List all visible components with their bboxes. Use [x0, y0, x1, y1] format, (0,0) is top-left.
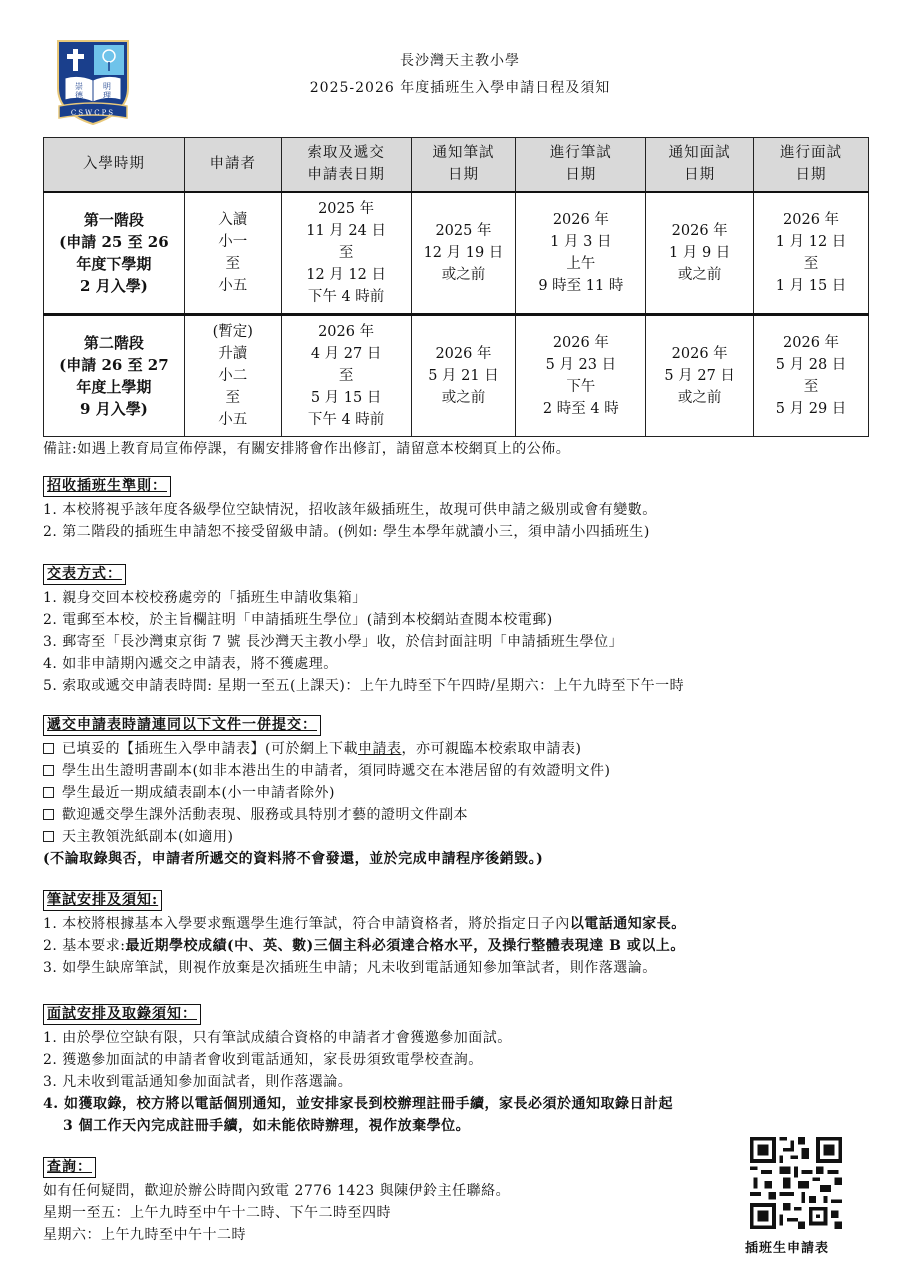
cell-written-exam: 2026 年5 月 23 日下午2 時至 4 時: [516, 315, 646, 437]
cell-written-exam: 2026 年1 月 3 日上午9 時至 11 時: [516, 192, 646, 315]
cell-interview: 2026 年1 月 12 日至1 月 15 日: [754, 192, 869, 315]
checklist-item: 天主教領洗紙副本(如適用): [43, 826, 610, 848]
section-title: 筆試安排及須知:: [43, 890, 162, 911]
checkbox[interactable]: [43, 743, 54, 754]
cell-interview: 2026 年5 月 28 日至5 月 29 日: [754, 315, 869, 437]
section-written-exam: 筆試安排及須知: 1. 本校將根據基本入學要求甄選學生進行筆試，符合申請資格者，…: [43, 889, 686, 979]
qr-code-icon[interactable]: [750, 1137, 842, 1229]
col-header-form-dates: 索取及遞交申請表日期: [281, 138, 411, 192]
cell-period: 第二階段(申請 26 至 27年度上學期9 月入學): [44, 315, 185, 437]
checklist-item: 學生出生證明書副本(如非本港出生的申請者，須同時遞交在本港居留的有效證明文件): [43, 760, 610, 782]
section-title: 面試安排及取錄須知：: [43, 1004, 201, 1025]
document-title: 2025-2026 年度插班生入學申請日程及須知: [240, 75, 680, 102]
section-title: 遞交申請表時請連同以下文件一併提交：: [43, 715, 321, 736]
list-item: 1. 本校將視乎該年度各級學位空缺情況，招收該年級插班生，故現可供申請之級別或會…: [43, 499, 657, 521]
list-item: 2. 電郵至本校，於主旨欄註明「申請插班生學位」(請到本校網站查閱本校電郵): [43, 609, 684, 631]
qr-label: 插班生申請表: [745, 1237, 829, 1256]
section-title: 查詢：: [43, 1157, 96, 1178]
svg-text:理: 理: [103, 91, 111, 100]
enquiry-line: 星期一至五：上午九時至中午十二時、下午二時至四時: [43, 1202, 510, 1224]
cell-period: 第一階段(申請 25 至 26年度下學期2 月入學): [44, 192, 185, 315]
svg-text:德: 德: [75, 90, 84, 100]
section-submission-methods: 交表方式： 1. 親身交回本校校務處旁的「插班生申請收集箱」 2. 電郵至本校，…: [43, 563, 684, 697]
list-item: 3. 郵寄至「長沙灣東京街 7 號 長沙灣天主教小學」收，於信封面註明「申請插班…: [43, 631, 684, 653]
list-item: 4. 如非申請期內遞交之申請表，將不獲處理。: [43, 653, 684, 675]
checkbox[interactable]: [43, 765, 54, 776]
documents-note: (不論取錄與否，申請者所遞交的資料將不會發還，並於完成申請程序後銷毀。): [43, 848, 610, 870]
cell-applicant: (暫定)升讀小二至小五: [184, 315, 281, 437]
list-item: 2. 獲邀參加面試的申請者會收到電話通知，家長毋須致電學校查詢。: [43, 1049, 673, 1071]
list-item: 5. 索取或遞交申請表時間: 星期一至五(上課天)：上午九時至下午四時/星期六：…: [43, 675, 684, 697]
checklist-item: 學生最近一期成績表副本(小一申請者除外): [43, 782, 610, 804]
schedule-table: 入學時期 申請者 索取及遞交申請表日期 通知筆試日期 進行筆試日期 通知面試日期…: [43, 137, 869, 437]
list-item: 3. 如學生缺席筆試，則視作放棄是次插班生申請；凡未收到電話通知參加筆試者，則作…: [43, 957, 686, 979]
checkbox[interactable]: [43, 809, 54, 820]
section-interview: 面試安排及取錄須知： 1. 由於學位空缺有限，只有筆試成績合資格的申請者才會獲邀…: [43, 1003, 673, 1137]
col-header-interview-notice: 通知面試日期: [646, 138, 754, 192]
table-row: 第二階段(申請 26 至 27年度上學期9 月入學) (暫定)升讀小二至小五 2…: [44, 315, 869, 437]
svg-text:CSWCPS: CSWCPS: [71, 109, 115, 117]
cell-applicant: 入讀小一至小五: [184, 192, 281, 315]
enquiry-line: 如有任何疑問，歡迎於辦公時間內致電 2776 1423 與陳伊鈴主任聯絡。: [43, 1180, 510, 1202]
section-enquiry: 查詢： 如有任何疑問，歡迎於辦公時間內致電 2776 1423 與陳伊鈴主任聯絡…: [43, 1156, 510, 1246]
col-header-period: 入學時期: [44, 138, 185, 192]
cell-form-dates: 2026 年4 月 27 日至5 月 15 日下午 4 時前: [281, 315, 411, 437]
application-form-link[interactable]: 申請表: [358, 741, 402, 757]
checklist-item: 歡迎遞交學生課外活動表現、服務或具特別才藝的證明文件副本: [43, 804, 610, 826]
remark-note: 備註:如遇上教育局宣佈停課，有關安排將會作出修訂，請留意本校網頁上的公佈。: [43, 438, 570, 458]
list-item: 2. 第二階段的插班生申請恕不接受留級申請。(例如: 學生本學年就讀小三，須申請…: [43, 521, 657, 543]
table-row: 第一階段(申請 25 至 26年度下學期2 月入學) 入讀小一至小五 2025 …: [44, 192, 869, 315]
svg-text:明: 明: [103, 82, 111, 91]
list-item: 3. 凡未收到電話通知參加面試者，則作落選論。: [43, 1071, 673, 1093]
section-documents: 遞交申請表時請連同以下文件一併提交： 已填妥的【插班生入學申請表】(可於網上下載…: [43, 714, 610, 870]
cell-form-dates: 2025 年11 月 24 日至12 月 12 日下午 4 時前: [281, 192, 411, 315]
list-item: 1. 由於學位空缺有限，只有筆試成績合資格的申請者才會獲邀參加面試。: [43, 1027, 673, 1049]
cell-interview-notice: 2026 年1 月 9 日或之前: [646, 192, 754, 315]
section-admission-principles: 招收插班生準則： 1. 本校將視乎該年度各級學位空缺情況，招收該年級插班生，故現…: [43, 475, 657, 543]
document-header: 長沙灣天主教小學 2025-2026 年度插班生入學申請日程及須知: [240, 48, 680, 102]
section-title: 交表方式：: [43, 564, 126, 585]
checkbox[interactable]: [43, 831, 54, 842]
table-header-row: 入學時期 申請者 索取及遞交申請表日期 通知筆試日期 進行筆試日期 通知面試日期…: [44, 138, 869, 192]
svg-text:崇: 崇: [75, 81, 83, 91]
list-item-continued: 3 個工作天內完成註冊手續，如未能依時辦理，視作放棄學位。: [43, 1115, 673, 1137]
list-item: 4. 如獲取錄，校方將以電話個別通知，並安排家長到校辦理註冊手續，家長必須於通知…: [43, 1093, 673, 1115]
cell-interview-notice: 2026 年5 月 27 日或之前: [646, 315, 754, 437]
cell-written-notice: 2025 年12 月 19 日或之前: [411, 192, 516, 315]
checklist-item: 已填妥的【插班生入學申請表】(可於網上下載申請表，亦可親臨本校索取申請表): [43, 738, 610, 760]
section-title: 招收插班生準則：: [43, 476, 171, 497]
list-item: 2. 基本要求:最近期學校成績(中、英、數)三個主科必須達合格水平，及操行整體表…: [43, 935, 686, 957]
school-logo: 崇 德 明 理 CSWCPS: [55, 38, 131, 126]
checkbox[interactable]: [43, 787, 54, 798]
list-item: 1. 本校將根據基本入學要求甄選學生進行筆試，符合申請資格者，將於指定日子內以電…: [43, 913, 686, 935]
col-header-written-exam: 進行筆試日期: [516, 138, 646, 192]
school-name: 長沙灣天主教小學: [240, 48, 680, 75]
col-header-written-notice: 通知筆試日期: [411, 138, 516, 192]
col-header-applicant: 申請者: [184, 138, 281, 192]
col-header-interview: 進行面試日期: [754, 138, 869, 192]
list-item: 1. 親身交回本校校務處旁的「插班生申請收集箱」: [43, 587, 684, 609]
enquiry-line: 星期六：上午九時至中午十二時: [43, 1224, 510, 1246]
cell-written-notice: 2026 年5 月 21 日或之前: [411, 315, 516, 437]
